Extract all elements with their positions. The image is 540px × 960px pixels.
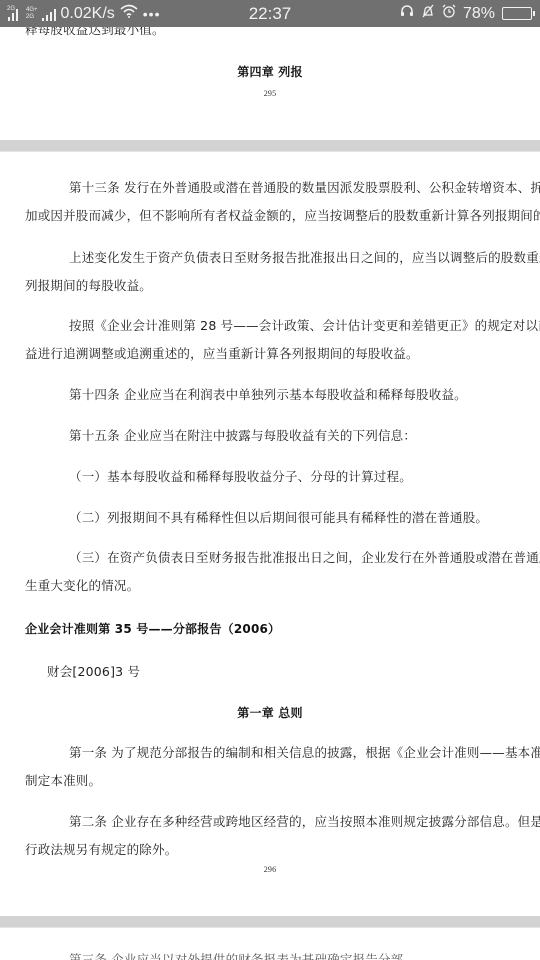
network-speed: 0.02K/s xyxy=(61,5,115,23)
article-2-line-1: 第二条 企业存在多种经营或跨地区经营的，应当按照本准则规定披露分部信息。但是，法… xyxy=(69,814,540,830)
standard-title: 企业会计准则第 35 号——分部报告（2006） xyxy=(25,621,280,637)
document-number: 财会[2006]3 号 xyxy=(47,664,140,680)
article-15: 第十五条 企业应当在附注中披露与每股收益有关的下列信息： xyxy=(69,428,416,444)
article-3-partial-line: 第三条 企业应当以对外提供的财务报表为基础确定报告分部。 xyxy=(69,952,416,960)
article-1-line-1: 第一条 为了规范分部报告的编制和相关信息的披露，根据《企业会计准则——基本准则》… xyxy=(69,745,540,761)
article-2-line-2: 行政法规另有规定的除外。 xyxy=(25,842,177,858)
article-13-line-2: 加或因并股而减少，但不影响所有者权益金额的，应当按调整后的股数重新计算各列报期间… xyxy=(25,208,540,224)
chapter-heading: 第一章 总则 xyxy=(0,705,540,721)
list-item: （二）列报期间不具有稀释性但以后期间很可能具有稀释性的潜在普通股。 xyxy=(69,510,488,526)
paragraph-line: 列报期间的每股收益。 xyxy=(25,278,152,294)
list-item: （三）在资产负债表日至财务报告批准报出日之间，企业发行在外普通股或潜在普通股股数… xyxy=(69,550,540,566)
signal-icon: 4G+2G xyxy=(26,7,56,21)
battery-percent: 78% xyxy=(463,5,495,23)
signal-icon: 2G xyxy=(7,7,18,21)
status-left: 2G 4G+2G 0.02K/s xyxy=(7,0,161,27)
list-item: （一）基本每股收益和稀释每股收益分子、分母的计算过程。 xyxy=(69,469,412,485)
page-number: 295 xyxy=(0,86,540,102)
list-item-continuation: 生重大变化的情况。 xyxy=(25,578,139,594)
article-14: 第十四条 企业应当在利润表中单独列示基本每股收益和稀释每股收益。 xyxy=(69,387,467,403)
network-type-label: 4G+2G xyxy=(26,7,38,21)
headset-icon xyxy=(400,4,414,23)
battery-icon xyxy=(502,7,532,20)
more-notifications-icon: ••• xyxy=(143,6,161,22)
wifi-icon xyxy=(120,4,138,23)
page-separator xyxy=(0,916,540,928)
paragraph-line: 上述变化发生于资产负债表日至财务报告批准报出日之间的，应当以调整后的股数重新计算… xyxy=(69,250,540,266)
paragraph-line: 按照《企业会计准则第 28 号——会计政策、会计估计变更和差错更正》的规定对以前… xyxy=(69,318,540,334)
status-right: 78% xyxy=(400,0,532,27)
chapter-heading: 第四章 列报 xyxy=(0,64,540,80)
pdf-reader-screen: 2G 4G+2G 0.02K/s xyxy=(0,0,540,960)
article-13-line-1: 第十三条 发行在外普通股或潜在普通股的数量因派发股票股利、公积金转增资本、拆股而… xyxy=(69,180,540,196)
alarm-icon xyxy=(442,4,456,23)
status-bar: 2G 4G+2G 0.02K/s xyxy=(0,0,540,27)
paragraph-line: 益进行追溯调整或追溯重述的，应当重新计算各列报期间的每股收益。 xyxy=(25,346,419,362)
article-1-line-2: 制定本准则。 xyxy=(25,773,101,789)
page-number: 296 xyxy=(0,862,540,878)
notification-muted-icon xyxy=(421,4,435,23)
page-separator xyxy=(0,140,540,152)
